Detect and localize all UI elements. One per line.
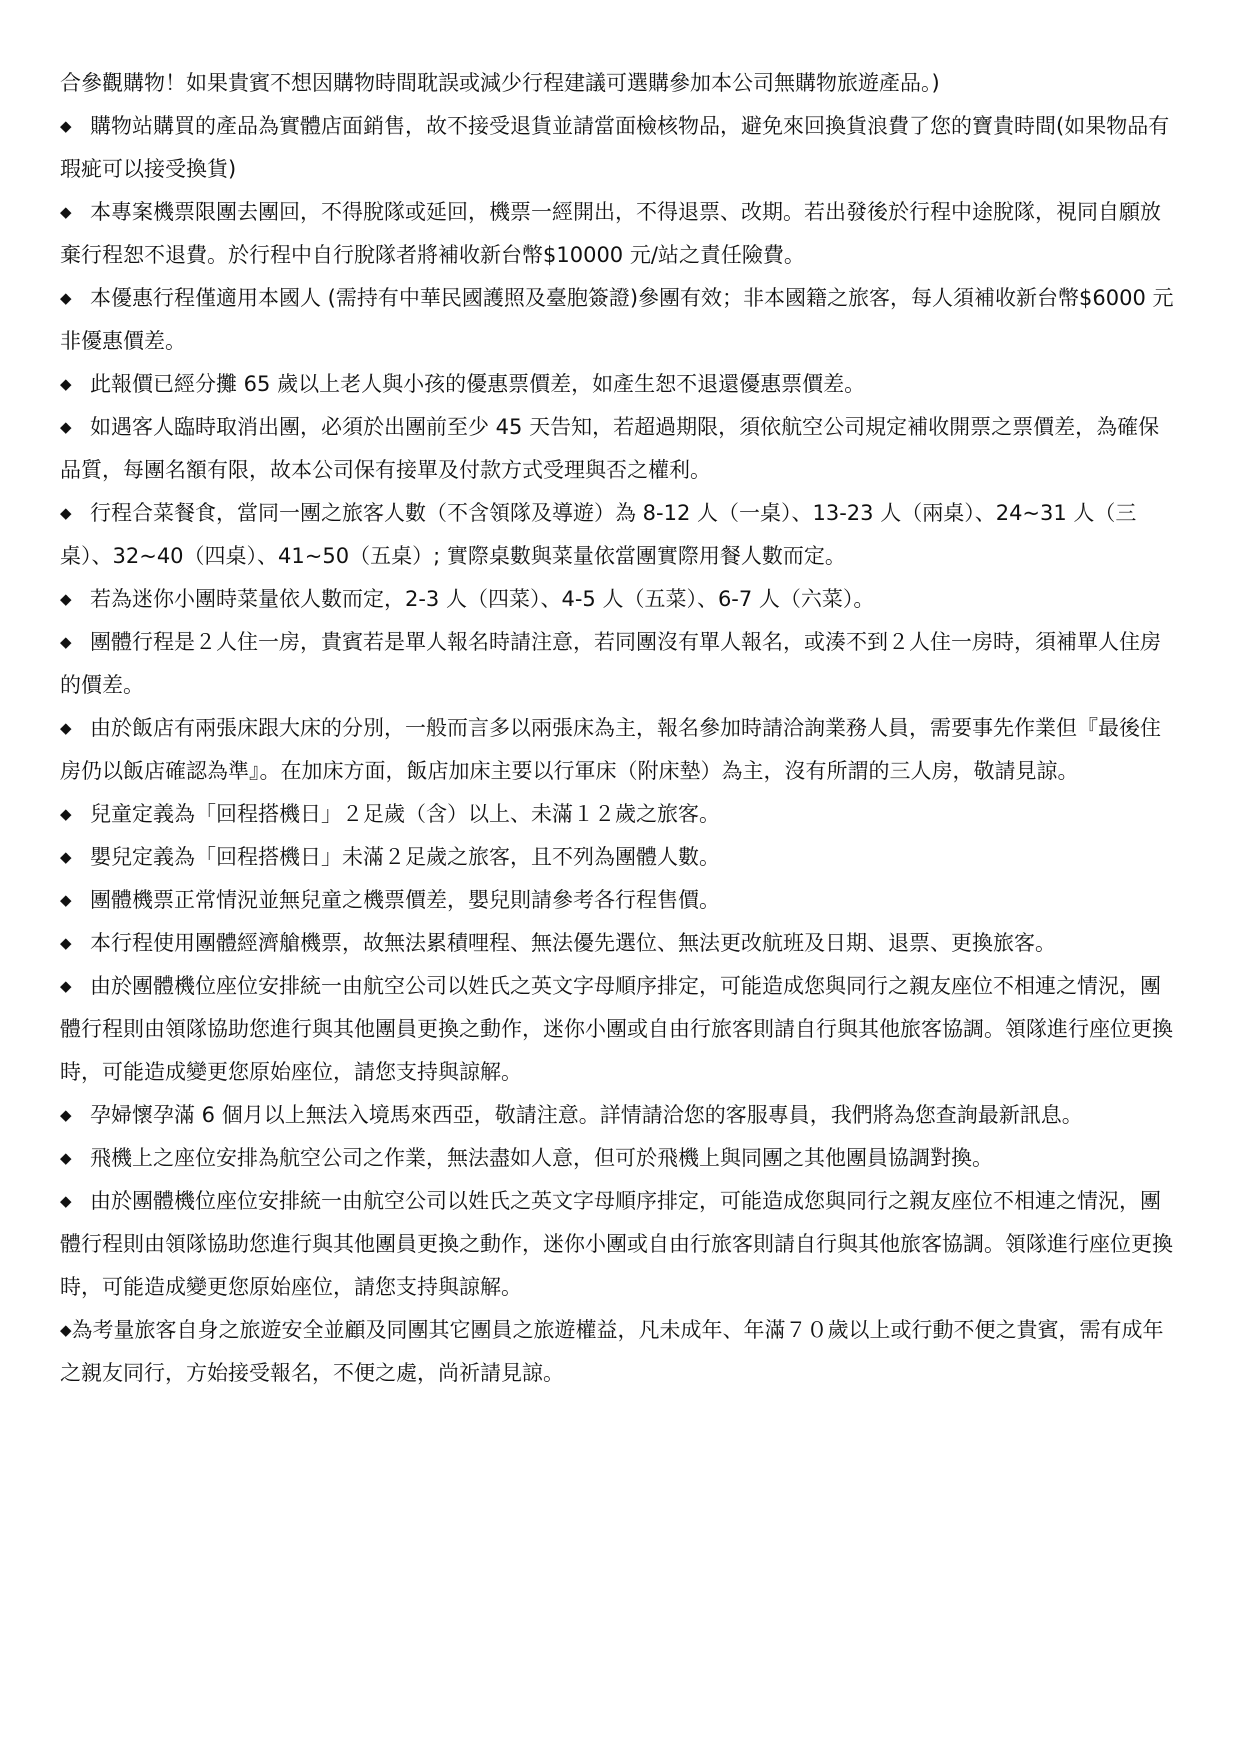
bullet-text: 嬰兒定義為「回程搭機日」未滿２足歲之旅客，且不列為團體人數。 bbox=[90, 845, 720, 869]
bullet-item: ◆如遇客人臨時取消出團，必須於出團前至少 45 天告知，若超過期限，須依航空公司… bbox=[60, 406, 1180, 492]
bullet-item: ◆為考量旅客自身之旅遊安全並顧及同團其它團員之旅遊權益，凡未成年、年滿７０歲以上… bbox=[60, 1309, 1180, 1395]
bullet-item: ◆本專案機票限團去團回，不得脫隊或延回，機票一經開出，不得退票、改期。若出發後於… bbox=[60, 191, 1180, 277]
bullet-text: 由於團體機位座位安排統一由航空公司以姓氏之英文字母順序排定，可能造成您與同行之親… bbox=[60, 1189, 1173, 1299]
bullet-item: ◆孕婦懷孕滿 6 個月以上無法入境馬來西亞，敬請注意。詳情請洽您的客服專員，我們… bbox=[60, 1094, 1180, 1137]
diamond-bullet-icon: ◆ bbox=[60, 707, 90, 750]
bullet-item: ◆本行程使用團體經濟艙機票，故無法累積哩程、無法優先選位、無法更改航班及日期、退… bbox=[60, 922, 1180, 965]
bullet-text: 本優惠行程僅適用本國人 (需持有中華民國護照及臺胞簽證)參團有效；非本國籍之旅客… bbox=[60, 286, 1174, 353]
diamond-bullet-icon: ◆ bbox=[60, 1094, 90, 1137]
bullet-item: ◆本優惠行程僅適用本國人 (需持有中華民國護照及臺胞簽證)參團有效；非本國籍之旅… bbox=[60, 277, 1180, 363]
diamond-bullet-icon: ◆ bbox=[60, 1137, 90, 1180]
bullet-item: ◆團體機票正常情況並無兒童之機票價差，嬰兒則請參考各行程售價。 bbox=[60, 879, 1180, 922]
bullet-text: 為考量旅客自身之旅遊安全並顧及同團其它團員之旅遊權益，凡未成年、年滿７０歲以上或… bbox=[60, 1318, 1164, 1385]
bullet-text: 由於飯店有兩張床跟大床的分別，一般而言多以兩張床為主，報名參加時請洽詢業務人員，… bbox=[60, 716, 1161, 783]
bullet-item: ◆飛機上之座位安排為航空公司之作業，無法盡如人意，但可於飛機上與同團之其他團員協… bbox=[60, 1137, 1180, 1180]
bullet-item: ◆行程合菜餐食，當同一團之旅客人數（不含領隊及導遊）為 8-12 人（一桌）、1… bbox=[60, 492, 1180, 578]
bullet-item: ◆由於飯店有兩張床跟大床的分別，一般而言多以兩張床為主，報名參加時請洽詢業務人員… bbox=[60, 707, 1180, 793]
bullet-item: ◆由於團體機位座位安排統一由航空公司以姓氏之英文字母順序排定，可能造成您與同行之… bbox=[60, 965, 1180, 1094]
bullet-text: 團體機票正常情況並無兒童之機票價差，嬰兒則請參考各行程售價。 bbox=[90, 888, 720, 912]
bullet-item: ◆購物站購買的產品為實體店面銷售，故不接受退貨並請當面檢核物品，避免來回換貨浪費… bbox=[60, 105, 1180, 191]
bullet-item: ◆由於團體機位座位安排統一由航空公司以姓氏之英文字母順序排定，可能造成您與同行之… bbox=[60, 1180, 1180, 1309]
diamond-bullet-icon: ◆ bbox=[60, 191, 90, 234]
diamond-bullet-icon: ◆ bbox=[60, 621, 90, 664]
diamond-bullet-icon: ◆ bbox=[60, 922, 90, 965]
bullet-text: 兒童定義為「回程搭機日」２足歲（含）以上、未滿１２歲之旅客。 bbox=[90, 802, 720, 826]
diamond-bullet-icon: ◆ bbox=[60, 105, 90, 148]
diamond-bullet-icon: ◆ bbox=[60, 965, 90, 1008]
diamond-bullet-icon: ◆ bbox=[60, 836, 90, 879]
bullet-item: ◆若為迷你小團時菜量依人數而定，2-3 人（四菜）、4-5 人（五菜）、6-7 … bbox=[60, 578, 1180, 621]
document-page: 合參觀購物！如果貴賓不想因購物時間耽誤或減少行程建議可選購參加本公司無購物旅遊產… bbox=[60, 62, 1180, 1395]
bullet-text: 由於團體機位座位安排統一由航空公司以姓氏之英文字母順序排定，可能造成您與同行之親… bbox=[60, 974, 1173, 1084]
diamond-bullet-icon: ◆ bbox=[60, 578, 90, 621]
bullet-item: ◆兒童定義為「回程搭機日」２足歲（含）以上、未滿１２歲之旅客。 bbox=[60, 793, 1180, 836]
bullet-text: 本專案機票限團去團回，不得脫隊或延回，機票一經開出，不得退票、改期。若出發後於行… bbox=[60, 200, 1161, 267]
bullet-text: 如遇客人臨時取消出團，必須於出團前至少 45 天告知，若超過期限，須依航空公司規… bbox=[60, 415, 1159, 482]
bullet-item: ◆此報價已經分攤 65 歲以上老人與小孩的優惠票價差，如產生恕不退還優惠票價差。 bbox=[60, 363, 1180, 406]
diamond-bullet-icon: ◆ bbox=[60, 793, 90, 836]
diamond-bullet-icon: ◆ bbox=[60, 406, 90, 449]
diamond-bullet-icon: ◆ bbox=[60, 492, 90, 535]
bullet-text: 孕婦懷孕滿 6 個月以上無法入境馬來西亞，敬請注意。詳情請洽您的客服專員，我們將… bbox=[90, 1103, 1083, 1127]
bullet-text: 行程合菜餐食，當同一團之旅客人數（不含領隊及導遊）為 8-12 人（一桌）、13… bbox=[60, 501, 1136, 568]
diamond-bullet-icon: ◆ bbox=[60, 363, 90, 406]
diamond-bullet-icon: ◆ bbox=[60, 277, 90, 320]
paragraph-text: 合參觀購物！如果貴賓不想因購物時間耽誤或減少行程建議可選購參加本公司無購物旅遊產… bbox=[60, 71, 940, 95]
diamond-bullet-icon: ◆ bbox=[60, 1309, 72, 1352]
bullet-item: ◆嬰兒定義為「回程搭機日」未滿２足歲之旅客，且不列為團體人數。 bbox=[60, 836, 1180, 879]
diamond-bullet-icon: ◆ bbox=[60, 1180, 90, 1223]
bullet-text: 此報價已經分攤 65 歲以上老人與小孩的優惠票價差，如產生恕不退還優惠票價差。 bbox=[90, 372, 865, 396]
bullet-text: 本行程使用團體經濟艙機票，故無法累積哩程、無法優先選位、無法更改航班及日期、退票… bbox=[90, 931, 1056, 955]
diamond-bullet-icon: ◆ bbox=[60, 879, 90, 922]
bullet-item: ◆團體行程是２人住一房，貴賓若是單人報名時請注意，若同團沒有單人報名，或湊不到２… bbox=[60, 621, 1180, 707]
bullet-text: 購物站購買的產品為實體店面銷售，故不接受退貨並請當面檢核物品，避免來回換貨浪費了… bbox=[60, 114, 1169, 181]
bullet-text: 若為迷你小團時菜量依人數而定，2-3 人（四菜）、4-5 人（五菜）、6-7 人… bbox=[90, 587, 874, 611]
bullet-text: 團體行程是２人住一房，貴賓若是單人報名時請注意，若同團沒有單人報名，或湊不到２人… bbox=[60, 630, 1161, 697]
paragraph-continuation: 合參觀購物！如果貴賓不想因購物時間耽誤或減少行程建議可選購參加本公司無購物旅遊產… bbox=[60, 62, 1180, 105]
bullet-text: 飛機上之座位安排為航空公司之作業，無法盡如人意，但可於飛機上與同團之其他團員協調… bbox=[90, 1146, 993, 1170]
